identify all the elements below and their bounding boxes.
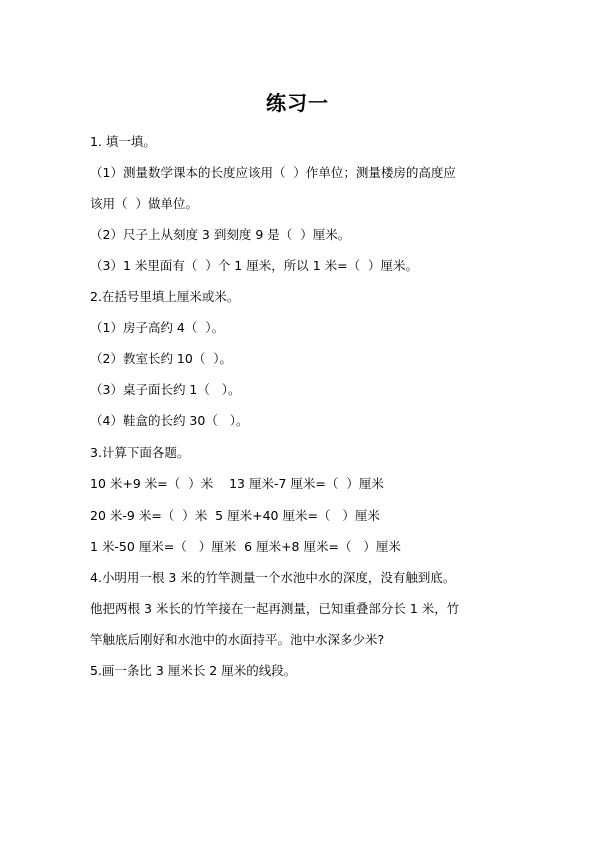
- question-2-item-2: （2）教室长约 10（ ）。: [90, 350, 232, 368]
- question-1-item-1-line-1: （1）测量数学课本的长度应该用（ ）作单位；测量楼房的高度应: [90, 164, 456, 182]
- question-1-item-1-line-2: 该用（ ）做单位。: [90, 195, 198, 213]
- question-3-row-1: 10 米+9 米=（ ）米 13 厘米-7 厘米=（ ）厘米: [90, 475, 384, 493]
- question-2-item-3: （3）桌子面长约 1（ ）。: [90, 381, 241, 399]
- question-4-line-2: 他把两根 3 米长的竹竿接在一起再测量，已知重叠部分长 1 米，竹: [90, 600, 459, 618]
- question-2-heading: 2.在括号里填上厘米或米。: [90, 288, 239, 306]
- document-page: 练习一 1. 填一填。 （1）测量数学课本的长度应该用（ ）作单位；测量楼房的高…: [0, 0, 595, 842]
- page-title: 练习一: [0, 90, 595, 116]
- question-1-heading: 1. 填一填。: [90, 133, 156, 151]
- question-5: 5.画一条比 3 厘米长 2 厘米的线段。: [90, 662, 296, 680]
- question-4-line-3: 竿触底后刚好和水池中的水面持平。池中水深多少米?: [90, 631, 384, 649]
- question-4-line-1: 4.小明用一根 3 米的竹竿测量一个水池中水的深度，没有触到底。: [90, 569, 455, 587]
- question-3-row-2: 20 米-9 米=（ ）米 5 厘米+40 厘米=（ ）厘米: [90, 507, 380, 525]
- question-2-item-1: （1）房子高约 4（ ）。: [90, 319, 224, 337]
- question-2-item-4: （4）鞋盒的长约 30（ ）。: [90, 412, 249, 430]
- question-3-heading: 3.计算下面各题。: [90, 444, 189, 462]
- question-3-row-3: 1 米-50 厘米=（ ）厘米 6 厘米+8 厘米=（ ）厘米: [90, 538, 401, 556]
- question-1-item-2: （2）尺子上从刻度 3 到刻度 9 是（ ）厘米。: [90, 226, 350, 244]
- question-1-item-3: （3）1 米里面有（ ）个 1 厘米，所以 1 米=（ ）厘米。: [90, 257, 418, 275]
